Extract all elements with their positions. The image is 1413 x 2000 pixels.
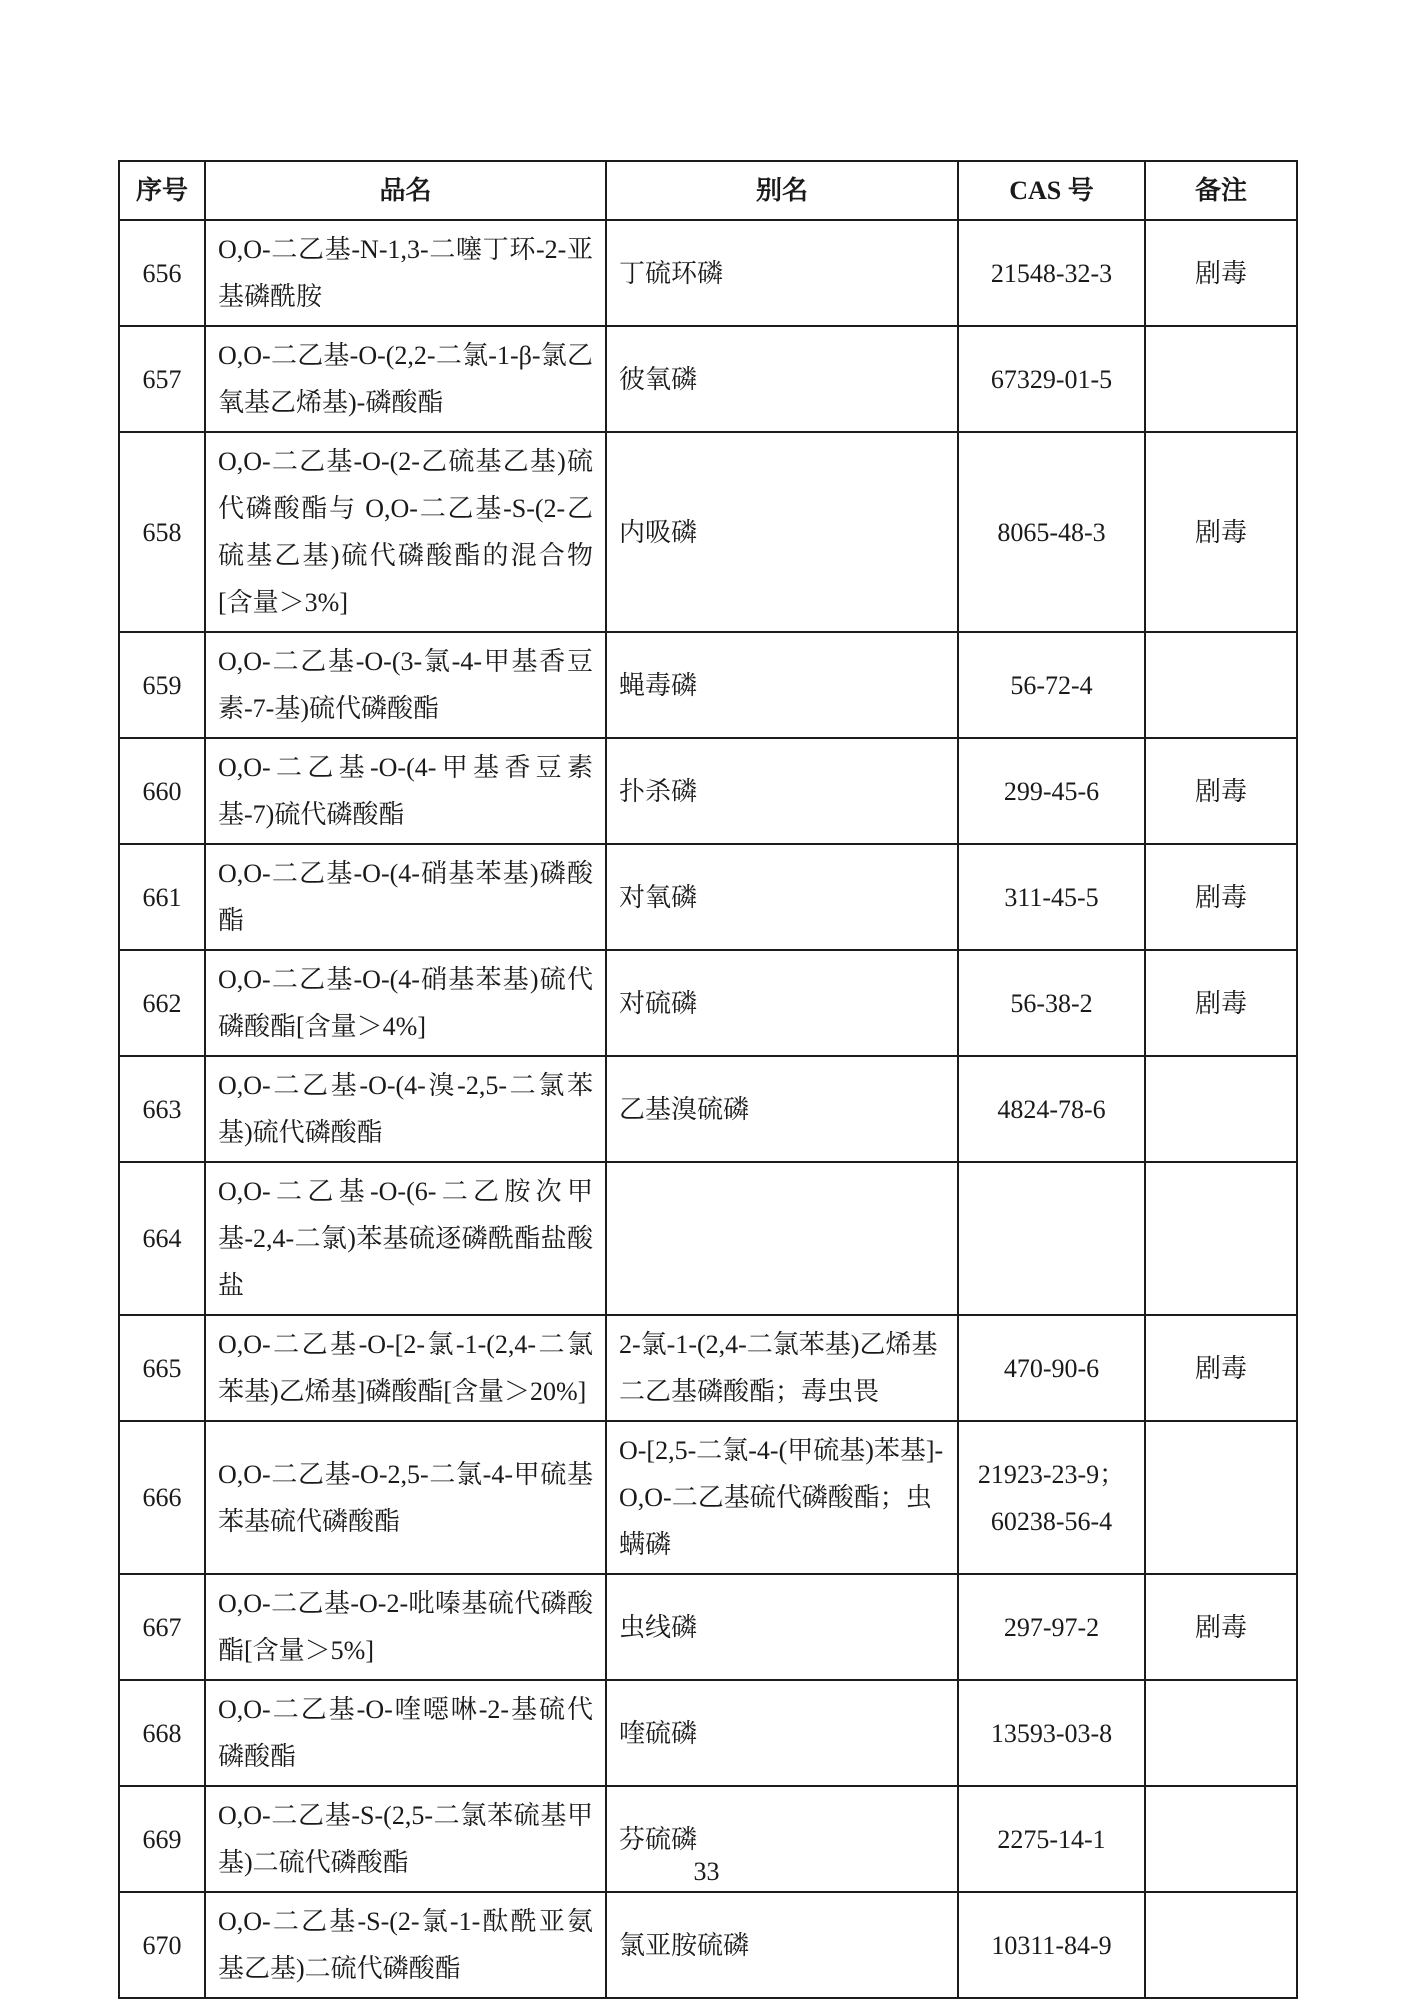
row-alias-cell: 彼氧磷: [606, 326, 958, 432]
row-index-cell: 656: [119, 220, 205, 326]
table-header: 序号 品名 别名 CAS 号 备注: [119, 161, 1297, 220]
row-cas-cell: 56-72-4: [958, 632, 1145, 738]
row-name-cell: O,O-二乙基-O-[2-氯-1-(2,4-二氯苯基)乙烯基]磷酸酯[含量＞20…: [205, 1315, 606, 1421]
row-name-cell: O,O-二乙基-O-2-吡嗪基硫代磷酸酯[含量＞5%]: [205, 1574, 606, 1680]
row-alias-cell: 蝇毒磷: [606, 632, 958, 738]
table-row: 661 O,O-二乙基-O-(4-硝基苯基)磷酸酯 对氧磷 311-45-5 剧…: [119, 844, 1297, 950]
row-name-cell: O,O-二乙基-O-(4-溴-2,5-二氯苯基)硫代磷酸酯: [205, 1056, 606, 1162]
row-cas-cell: 56-38-2: [958, 950, 1145, 1056]
col-header-name: 品名: [205, 161, 606, 220]
row-index-cell: 670: [119, 1892, 205, 1998]
row-index-cell: 657: [119, 326, 205, 432]
row-alias-cell: 喹硫磷: [606, 1680, 958, 1786]
row-alias-cell: 2-氯-1-(2,4-二氯苯基)乙烯基二乙基磷酸酯；毒虫畏: [606, 1315, 958, 1421]
row-name-cell: O,O-二乙基-N-1,3-二噻丁环-2-亚基磷酰胺: [205, 220, 606, 326]
row-remark-cell: 剧毒: [1145, 1315, 1297, 1421]
row-index-cell: 662: [119, 950, 205, 1056]
row-index-cell: 668: [119, 1680, 205, 1786]
row-remark-cell: [1145, 632, 1297, 738]
page-number: 33: [0, 1856, 1413, 1888]
row-name-cell: O,O-二乙基-O-(6-二乙胺次甲基-2,4-二氯)苯基硫逐磷酰酯盐酸盐: [205, 1162, 606, 1315]
row-name-cell: O,O-二乙基-O-2,5-二氯-4-甲硫基苯基硫代磷酸酯: [205, 1421, 606, 1574]
table-row: 659 O,O-二乙基-O-(3-氯-4-甲基香豆素-7-基)硫代磷酸酯 蝇毒磷…: [119, 632, 1297, 738]
row-index-cell: 666: [119, 1421, 205, 1574]
table-row: 657 O,O-二乙基-O-(2,2-二氯-1-β-氯乙氧基乙烯基)-磷酸酯 彼…: [119, 326, 1297, 432]
table-row: 658 O,O-二乙基-O-(2-乙硫基乙基)硫代磷酸酯与 O,O-二乙基-S-…: [119, 432, 1297, 632]
row-remark-cell: [1145, 1056, 1297, 1162]
row-remark-cell: [1145, 326, 1297, 432]
row-name-cell: O,O-二乙基-O-(2-乙硫基乙基)硫代磷酸酯与 O,O-二乙基-S-(2-乙…: [205, 432, 606, 632]
chemical-list-table: 序号 品名 别名 CAS 号 备注 656 O,O-二乙基-N-1,3-二噻丁环…: [118, 160, 1298, 1999]
row-cas-cell: 21923-23-9；60238-56-4: [958, 1421, 1145, 1574]
table-row: 667 O,O-二乙基-O-2-吡嗪基硫代磷酸酯[含量＞5%] 虫线磷 297-…: [119, 1574, 1297, 1680]
row-remark-cell: [1145, 1892, 1297, 1998]
row-alias-cell: 氯亚胺硫磷: [606, 1892, 958, 1998]
row-remark-cell: [1145, 1421, 1297, 1574]
row-cas-cell: 67329-01-5: [958, 326, 1145, 432]
row-cas-cell: 10311-84-9: [958, 1892, 1145, 1998]
table-row: 662 O,O-二乙基-O-(4-硝基苯基)硫代磷酸酯[含量＞4%] 对硫磷 5…: [119, 950, 1297, 1056]
table-row: 666 O,O-二乙基-O-2,5-二氯-4-甲硫基苯基硫代磷酸酯 O-[2,5…: [119, 1421, 1297, 1574]
row-remark-cell: 剧毒: [1145, 950, 1297, 1056]
row-alias-cell: 乙基溴硫磷: [606, 1056, 958, 1162]
row-index-cell: 664: [119, 1162, 205, 1315]
row-name-cell: O,O-二乙基-O-(4-硝基苯基)磷酸酯: [205, 844, 606, 950]
row-name-cell: O,O-二乙基-S-(2-氯-1-酞酰亚氨基乙基)二硫代磷酸酯: [205, 1892, 606, 1998]
table-row: 660 O,O-二乙基-O-(4-甲基香豆素基-7)硫代磷酸酯 扑杀磷 299-…: [119, 738, 1297, 844]
row-index-cell: 661: [119, 844, 205, 950]
row-alias-cell: 扑杀磷: [606, 738, 958, 844]
row-cas-cell: 470-90-6: [958, 1315, 1145, 1421]
row-cas-cell: [958, 1162, 1145, 1315]
row-remark-cell: [1145, 1680, 1297, 1786]
table-row: 668 O,O-二乙基-O-喹噁啉-2-基硫代磷酸酯 喹硫磷 13593-03-…: [119, 1680, 1297, 1786]
row-index-cell: 663: [119, 1056, 205, 1162]
row-remark-cell: [1145, 1162, 1297, 1315]
col-header-remark: 备注: [1145, 161, 1297, 220]
row-remark-cell: 剧毒: [1145, 1574, 1297, 1680]
col-header-cas: CAS 号: [958, 161, 1145, 220]
row-index-cell: 665: [119, 1315, 205, 1421]
row-index-cell: 658: [119, 432, 205, 632]
row-name-cell: O,O-二乙基-O-(4-硝基苯基)硫代磷酸酯[含量＞4%]: [205, 950, 606, 1056]
col-header-alias: 别名: [606, 161, 958, 220]
row-remark-cell: 剧毒: [1145, 738, 1297, 844]
row-cas-cell: 299-45-6: [958, 738, 1145, 844]
row-cas-cell: 21548-32-3: [958, 220, 1145, 326]
table-header-row: 序号 品名 别名 CAS 号 备注: [119, 161, 1297, 220]
table-row: 665 O,O-二乙基-O-[2-氯-1-(2,4-二氯苯基)乙烯基]磷酸酯[含…: [119, 1315, 1297, 1421]
row-remark-cell: 剧毒: [1145, 220, 1297, 326]
row-cas-cell: 4824-78-6: [958, 1056, 1145, 1162]
row-index-cell: 667: [119, 1574, 205, 1680]
col-header-index: 序号: [119, 161, 205, 220]
row-remark-cell: 剧毒: [1145, 432, 1297, 632]
row-name-cell: O,O-二乙基-O-(2,2-二氯-1-β-氯乙氧基乙烯基)-磷酸酯: [205, 326, 606, 432]
row-cas-cell: 297-97-2: [958, 1574, 1145, 1680]
row-alias-cell: 虫线磷: [606, 1574, 958, 1680]
row-index-cell: 659: [119, 632, 205, 738]
row-alias-cell: 内吸磷: [606, 432, 958, 632]
row-alias-cell: 对氧磷: [606, 844, 958, 950]
table-row: 664 O,O-二乙基-O-(6-二乙胺次甲基-2,4-二氯)苯基硫逐磷酰酯盐酸…: [119, 1162, 1297, 1315]
chemical-list-table-container: 序号 品名 别名 CAS 号 备注 656 O,O-二乙基-N-1,3-二噻丁环…: [118, 160, 1296, 1999]
row-alias-cell: [606, 1162, 958, 1315]
row-alias-cell: 丁硫环磷: [606, 220, 958, 326]
row-index-cell: 660: [119, 738, 205, 844]
row-alias-cell: 对硫磷: [606, 950, 958, 1056]
row-name-cell: O,O-二乙基-O-(4-甲基香豆素基-7)硫代磷酸酯: [205, 738, 606, 844]
row-cas-cell: 311-45-5: [958, 844, 1145, 950]
row-name-cell: O,O-二乙基-O-(3-氯-4-甲基香豆素-7-基)硫代磷酸酯: [205, 632, 606, 738]
row-remark-cell: 剧毒: [1145, 844, 1297, 950]
table-row: 663 O,O-二乙基-O-(4-溴-2,5-二氯苯基)硫代磷酸酯 乙基溴硫磷 …: [119, 1056, 1297, 1162]
table-body: 656 O,O-二乙基-N-1,3-二噻丁环-2-亚基磷酰胺 丁硫环磷 2154…: [119, 220, 1297, 1998]
table-row: 656 O,O-二乙基-N-1,3-二噻丁环-2-亚基磷酰胺 丁硫环磷 2154…: [119, 220, 1297, 326]
row-alias-cell: O-[2,5-二氯-4-(甲硫基)苯基]-O,O-二乙基硫代磷酸酯；虫螨磷: [606, 1421, 958, 1574]
table-row: 670 O,O-二乙基-S-(2-氯-1-酞酰亚氨基乙基)二硫代磷酸酯 氯亚胺硫…: [119, 1892, 1297, 1998]
row-cas-cell: 8065-48-3: [958, 432, 1145, 632]
row-cas-cell: 13593-03-8: [958, 1680, 1145, 1786]
row-name-cell: O,O-二乙基-O-喹噁啉-2-基硫代磷酸酯: [205, 1680, 606, 1786]
